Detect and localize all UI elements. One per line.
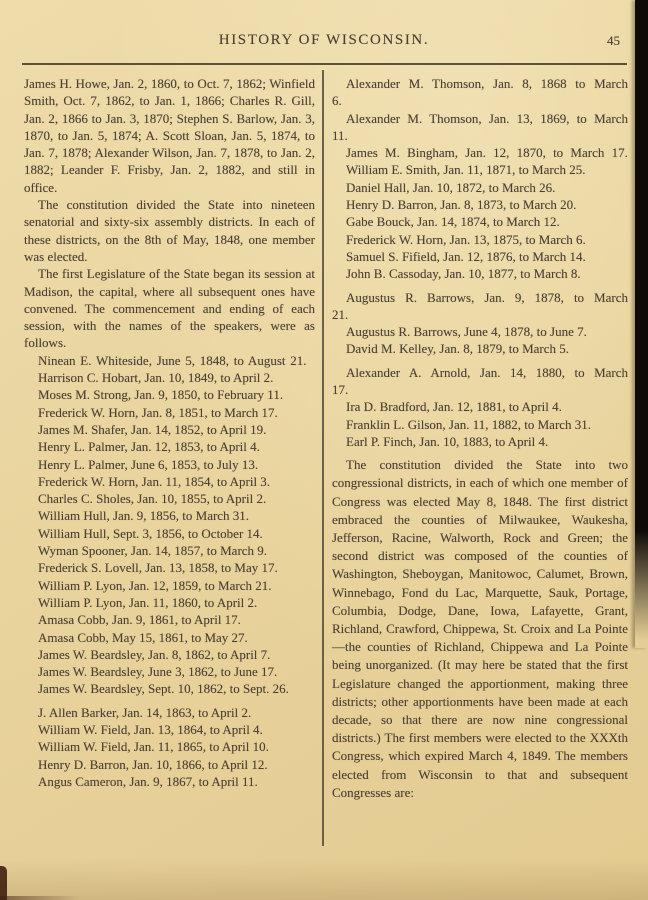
scan-smudge-bottom-edge <box>0 896 80 900</box>
book-page: HISTORY OF WISCONSIN. 45 James H. Howe, … <box>0 0 648 900</box>
page-number: 45 <box>607 33 620 49</box>
speaker-entry-whiteside: Ninean E. Whiteside, June 5, 1848, to Au… <box>24 352 315 369</box>
speaker-entry-bingham-1870: James M. Bingham, Jan. 12, 1870, to Marc… <box>332 144 628 161</box>
speaker-entry: Harrison C. Hobart, Jan. 10, 1849, to Ap… <box>24 369 315 386</box>
right-column: Alexander M. Thomson, Jan. 8, 1868 to Ma… <box>332 75 628 802</box>
speaker-entry: Franklin L. Gilson, Jan. 11, 1882, to Ma… <box>332 416 628 433</box>
speaker-entry: William Hull, Jan. 9, 1856, to March 31. <box>24 507 315 524</box>
speaker-entry: Frederick W. Horn, Jan. 11, 1854, to Apr… <box>24 473 315 490</box>
scan-mark-bottom-left <box>0 866 7 900</box>
congressional-districts-paragraph: The constitution divided the State into … <box>332 456 628 802</box>
speaker-entry: Moses M. Strong, Jan. 9, 1850, to Februa… <box>24 386 315 403</box>
speaker-entry: James W. Beardsley, June 3, 1862, to Jun… <box>24 663 315 680</box>
speaker-entry: Henry L. Palmer, June 6, 1853, to July 1… <box>24 456 315 473</box>
constitution-districts-paragraph: The constitution divided the State into … <box>24 196 315 265</box>
speaker-entry: J. Allen Barker, Jan. 14, 1863, to April… <box>24 704 315 721</box>
page-header: HISTORY OF WISCONSIN. <box>22 31 626 49</box>
first-legislature-paragraph: The first Legislature of the State began… <box>24 265 315 351</box>
attorneys-general-paragraph: James H. Howe, Jan. 2, 1860, to Oct. 7, … <box>24 75 315 196</box>
left-column: James H. Howe, Jan. 2, 1860, to Oct. 7, … <box>24 75 315 802</box>
speaker-entry: Henry D. Barron, Jan. 8, 1873, to March … <box>332 196 628 213</box>
speaker-entry: Frederick W. Horn, Jan. 8, 1851, to Marc… <box>24 404 315 421</box>
header-rule <box>22 63 627 65</box>
speakers-list-1871-1877: William E. Smith, Jan. 11, 1871, to Marc… <box>332 161 628 282</box>
speaker-entry-thomson-1869: Alexander M. Thomson, Jan. 13, 1869, to … <box>332 110 628 145</box>
speaker-entry-arnold-1880: Alexander A. Arnold, Jan. 14, 1880, to M… <box>332 364 628 399</box>
speaker-entry: Henry D. Barron, Jan. 10, 1866, to April… <box>24 756 315 773</box>
speaker-entry: William W. Field, Jan. 13, 1864, to Apri… <box>24 721 315 738</box>
speakers-list-1881-1883: Ira D. Bradford, Jan. 12, 1881, to April… <box>332 398 628 450</box>
speakers-list-1863-1867: J. Allen Barker, Jan. 14, 1863, to April… <box>24 704 315 790</box>
speaker-entry: David M. Kelley, Jan. 8, 1879, to March … <box>332 340 628 357</box>
speaker-entry: James W. Beardsley, Sept. 10, 1862, to S… <box>24 680 315 697</box>
speaker-entry: Augustus R. Barrows, June 4, 1878, to Ju… <box>332 323 628 340</box>
speaker-entry: Frederick W. Horn, Jan. 13, 1875, to Mar… <box>332 231 628 248</box>
speaker-entry: John B. Cassoday, Jan. 10, 1877, to Marc… <box>332 265 628 282</box>
scan-shadow-right-edge <box>635 0 648 648</box>
speaker-entry: Angus Cameron, Jan. 9, 1867, to April 11… <box>24 773 315 790</box>
speaker-entry: Amasa Cobb, May 15, 1861, to May 27. <box>24 629 315 646</box>
speaker-entry: Samuel S. Fifield, Jan. 12, 1876, to Mar… <box>332 248 628 265</box>
speaker-entry: William Hull, Sept. 3, 1856, to October … <box>24 525 315 542</box>
speakers-list-1849-1862: Harrison C. Hobart, Jan. 10, 1849, to Ap… <box>24 369 315 698</box>
speaker-entry: Earl P. Finch, Jan. 10, 1883, to April 4… <box>332 433 628 450</box>
speaker-entry: Daniel Hall, Jan. 10, 1872, to March 26. <box>332 179 628 196</box>
speaker-entry: Charles C. Sholes, Jan. 10, 1855, to Apr… <box>24 490 315 507</box>
speaker-entry: Henry L. Palmer, Jan. 12, 1853, to April… <box>24 438 315 455</box>
speaker-entry: William P. Lyon, Jan. 12, 1859, to March… <box>24 577 315 594</box>
speakers-list-1878-1879: Augustus R. Barrows, June 4, 1878, to Ju… <box>332 323 628 358</box>
speaker-entry: Frederick S. Lovell, Jan. 13, 1858, to M… <box>24 559 315 576</box>
speaker-entry: James M. Shafer, Jan. 14, 1852, to April… <box>24 421 315 438</box>
running-title: HISTORY OF WISCONSIN. <box>219 32 429 48</box>
speaker-entry: Wyman Spooner, Jan. 14, 1857, to March 9… <box>24 542 315 559</box>
text-columns: James H. Howe, Jan. 2, 1860, to Oct. 7, … <box>24 75 628 802</box>
speaker-entry: James W. Beardsley, Jan. 8, 1862, to Apr… <box>24 646 315 663</box>
speaker-entry: Gabe Bouck, Jan. 14, 1874, to March 12. <box>332 213 628 230</box>
speaker-entry: Amasa Cobb, Jan. 9, 1861, to April 17. <box>24 611 315 628</box>
speaker-entry: William E. Smith, Jan. 11, 1871, to Marc… <box>332 161 628 178</box>
speaker-entry: William P. Lyon, Jan. 11, 1860, to April… <box>24 594 315 611</box>
speaker-entry-thomson-1868: Alexander M. Thomson, Jan. 8, 1868 to Ma… <box>332 75 628 110</box>
speaker-entry: William W. Field, Jan. 11, 1865, to Apri… <box>24 738 315 755</box>
speaker-entry: Ira D. Bradford, Jan. 12, 1881, to April… <box>332 398 628 415</box>
speaker-entry-barrows-jan-1878: Augustus R. Barrows, Jan. 9, 1878, to Ma… <box>332 289 628 324</box>
